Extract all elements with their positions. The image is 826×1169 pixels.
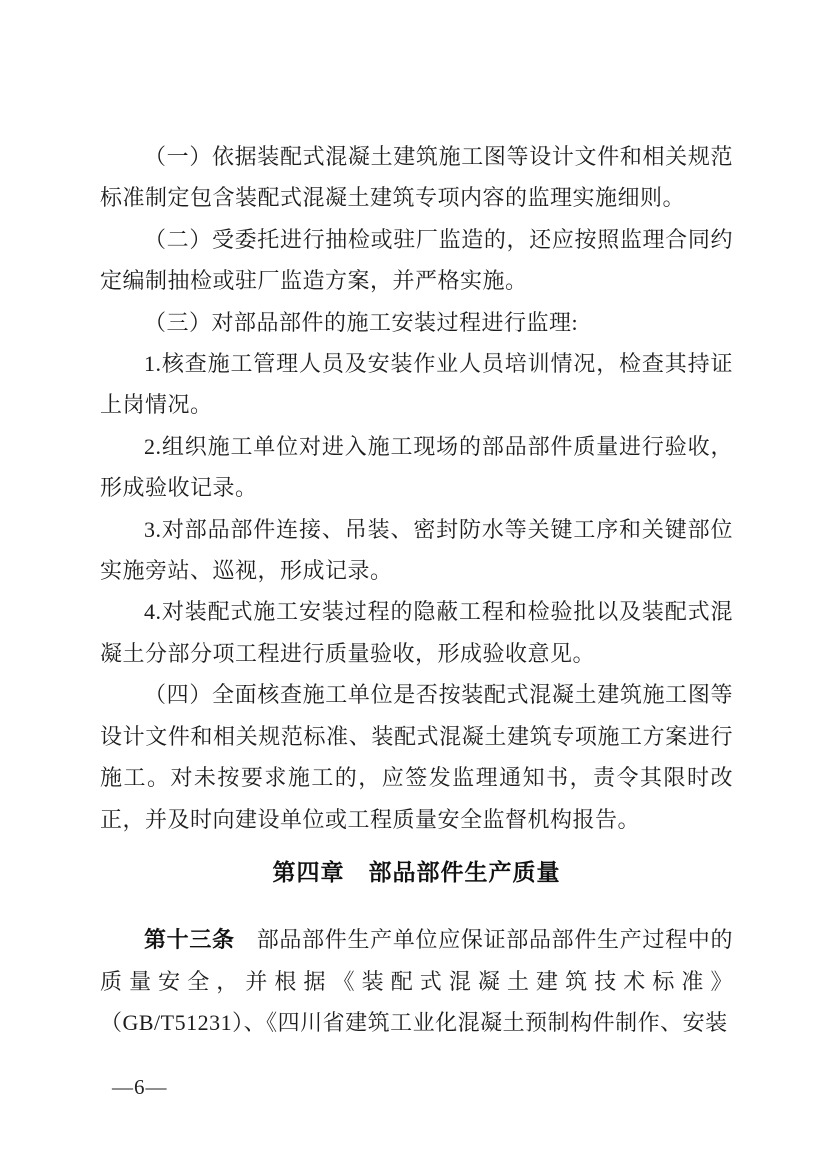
document-page: （一）依据装配式混凝土建筑施工图等设计文件和相关规范标准制定包含装配式混凝土建筑… — [0, 0, 826, 1169]
document-body: （一）依据装配式混凝土建筑施工图等设计文件和相关规范标准制定包含装配式混凝土建筑… — [100, 136, 733, 1044]
article-paragraph: 第十三条部品部件生产单位应保证部品部件生产过程中的质量安全，并根据《装配式混凝土… — [100, 919, 733, 1043]
paragraph-item-4: （四）全面核查施工单位是否按装配式混凝土建筑施工图等设计文件和相关规范标准、装配… — [100, 674, 733, 840]
paragraph-numbered-3: 3.对部品部件连接、吊装、密封防水等关键工序和关键部位实施旁站、巡视，形成记录。 — [100, 509, 733, 592]
page-number: —6— — [112, 1074, 168, 1100]
chapter-heading: 第四章 部品部件生产质量 — [100, 852, 733, 893]
paragraph-numbered-4: 4.对装配式施工安装过程的隐蔽工程和检验批以及装配式混凝土分部分项工程进行质量验… — [100, 591, 733, 674]
paragraph-numbered-1: 1.核查施工管理人员及安装作业人员培训情况，检查其持证上岗情况。 — [100, 343, 733, 426]
paragraph-item-2: （二）受委托进行抽检或驻厂监造的，还应按照监理合同约定编制抽检或驻厂监造方案，并… — [100, 219, 733, 302]
article-number: 第十三条 — [144, 927, 235, 952]
paragraph-item-3: （三）对部品部件的施工安装过程进行监理: — [100, 302, 733, 343]
paragraph-item-1: （一）依据装配式混凝土建筑施工图等设计文件和相关规范标准制定包含装配式混凝土建筑… — [100, 136, 733, 219]
paragraph-numbered-2: 2.组织施工单位对进入施工现场的部品部件质量进行验收，形成验收记录。 — [100, 426, 733, 509]
